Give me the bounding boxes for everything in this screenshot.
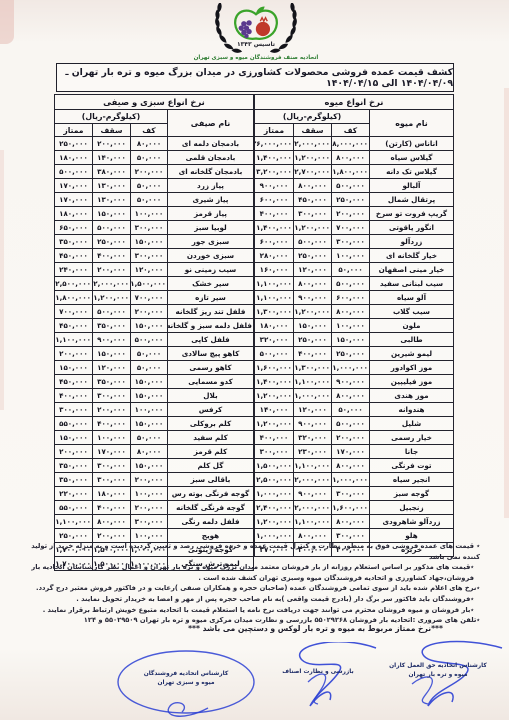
footnote: ٭فروشندگان باید فاکتور سر برگ دار (بادرج…	[28, 594, 480, 605]
ceiling-price-cell: ۳۵۰,۰۰۰	[92, 319, 130, 333]
ceiling-price-cell: ۵۰۰,۰۰۰	[92, 305, 130, 319]
product-name-cell: کلم سفید	[167, 431, 253, 445]
veg-price-table: نرخ انواع سبزی و صیفی نام صیفی (کیلوگرم-…	[54, 94, 254, 571]
ceiling-price-cell: ۵۰۰,۰۰۰	[92, 221, 130, 235]
fruit-unit-header: (کیلوگرم-ریال)	[254, 110, 369, 124]
logo-org-name: اتحادیه صنف فروشندگان میوه و سبزی تهران	[190, 55, 322, 61]
fruit-table-row: شلیل۵۰۰,۰۰۰۹۰۰,۰۰۰۱,۲۰۰,۰۰۰	[254, 417, 453, 431]
footnote: ٭قیمت های مذکور بر اساس استعلام روزانه ا…	[28, 562, 480, 583]
ceiling-price-cell: ۸۰۰,۰۰۰	[294, 179, 332, 193]
premium-price-cell: ۷۰۰,۰۰۰	[54, 305, 92, 319]
veg-unit-header: (کیلوگرم-ریال)	[54, 110, 167, 124]
floor-price-cell: ۱۵۰,۰۰۰	[130, 375, 167, 389]
ceiling-price-cell: ۳۰۰,۰۰۰	[92, 473, 130, 487]
signature-left-stamp: کارشناس اتحادیه فروشندگان میوه و سبزی ته…	[112, 646, 260, 718]
floor-price-cell: ۶۰۰,۰۰۰	[332, 291, 370, 305]
ceiling-price-cell: ۲۵۰,۰۰۰	[294, 333, 332, 347]
floor-price-cell: ۵۰,۰۰۰	[130, 179, 167, 193]
signature-left-label-2: میوه و سبزی تهران	[112, 679, 260, 688]
ceiling-price-cell: ۲۰۰,۰۰۰	[92, 263, 130, 277]
veg-table-row: کاهو پیچ سالادی۵۰,۰۰۰۱۵۰,۰۰۰۲۰۰,۰۰۰	[54, 347, 253, 361]
product-name-cell: جانا	[370, 445, 454, 459]
floor-price-cell: ۳۰۰,۰۰۰	[130, 249, 167, 263]
floor-price-cell: ۲۰۰,۰۰۰	[332, 207, 370, 221]
product-name-cell: گوجه سبز	[370, 487, 454, 501]
ceiling-price-cell: ۱۵۰,۰۰۰	[92, 347, 130, 361]
premium-price-cell: ۱,۱۰۰,۰۰۰	[54, 333, 92, 347]
premium-price-cell: ۹۰۰,۰۰۰	[254, 179, 293, 193]
premium-price-cell: ۴۵۰,۰۰۰	[54, 319, 92, 333]
premium-price-cell: ۱۵۰,۰۰۰	[54, 361, 92, 375]
product-name-cell: فلفل کاپی	[167, 333, 253, 347]
floor-price-cell: ۲۰۰,۰۰۰	[130, 473, 167, 487]
premium-price-cell: ۱۵۰,۰۰۰	[54, 431, 92, 445]
ceiling-price-cell: ۳۸۰,۰۰۰	[92, 165, 130, 179]
veg-table-row: پیاز قرمز۱۰۰,۰۰۰۱۵۰,۰۰۰۱۸۰,۰۰۰	[54, 207, 253, 221]
product-name-cell: لیمو شیرین	[370, 347, 454, 361]
product-name-cell: سیب زمینی نو	[167, 263, 253, 277]
floor-price-cell: ۱,۶۰۰,۰۰۰	[332, 501, 370, 515]
premium-price-cell: ۱,۳۰۰,۰۰۰	[254, 305, 293, 319]
premium-price-cell: ۱,۴۰۰,۰۰۰	[254, 375, 293, 389]
floor-price-cell: ۸۰۰,۰۰۰	[332, 515, 370, 529]
veg-table-row: فلفل کاپی۵۰۰,۰۰۰۹۰۰,۰۰۰۱,۱۰۰,۰۰۰	[54, 333, 253, 347]
product-name-cell: موز فیلیپین	[370, 375, 454, 389]
ceiling-price-cell: ۳۰۰,۰۰۰	[92, 459, 130, 473]
premium-price-cell: ۵۵۰,۰۰۰	[54, 417, 92, 431]
floor-price-cell: ۲۰۰,۰۰۰	[332, 431, 370, 445]
org-logo: تاسیس ۱۳۴۳ اتحادیه صنف فروشندگان میوه و …	[190, 3, 322, 65]
product-name-cell: گیلاس سیاه	[370, 151, 454, 165]
product-name-cell: آلبالو	[370, 179, 454, 193]
floor-price-cell: ۳۰۰,۰۰۰	[130, 515, 167, 529]
premium-price-cell: ۱۷۰,۰۰۰	[54, 193, 92, 207]
veg-table-row: فلفل دلمه رنگی۳۰۰,۰۰۰۸۰۰,۰۰۰۱,۱۰۰,۰۰۰	[54, 515, 253, 529]
fruit-table-row: موز هندی۸۰۰,۰۰۰۱,۰۰۰,۰۰۰۱,۲۰۰,۰۰۰	[254, 389, 453, 403]
product-name-cell: زنجبیل	[370, 501, 454, 515]
ceiling-price-cell: ۹۰۰,۰۰۰	[294, 417, 332, 431]
product-name-cell: کدو مسمایی	[167, 375, 253, 389]
floor-price-cell: ۸۰۰,۰۰۰	[332, 151, 370, 165]
footnote: ٭ قیمت های عمده فروشی فوق به منظور نظارت…	[28, 541, 480, 562]
signature-right-label-2: میوه و تره بار تهران	[372, 671, 504, 680]
floor-price-cell: ۵۰,۰۰۰	[130, 151, 167, 165]
ceiling-price-cell: ۱۲۰,۰۰۰	[294, 263, 332, 277]
floor-price-cell: ۱۵۰,۰۰۰	[332, 333, 370, 347]
fruit-table-row: زنجبیل۱,۶۰۰,۰۰۰۲,۰۰۰,۰۰۰۲,۴۰۰,۰۰۰	[254, 501, 453, 515]
ceiling-price-cell: ۳۰۰,۰۰۰	[294, 207, 332, 221]
product-name-cell: گریپ فروت تو سرخ	[370, 207, 454, 221]
veg-floor-header: کف	[130, 124, 167, 137]
floor-price-cell: ۵۰,۰۰۰	[130, 193, 167, 207]
premium-price-cell: ۳۵۰,۰۰۰	[54, 459, 92, 473]
floor-price-cell: ۲۰۰,۰۰۰	[130, 305, 167, 319]
veg-table-row: پیاز شیری۵۰,۰۰۰۱۳۰,۰۰۰۱۷۰,۰۰۰	[54, 193, 253, 207]
fruit-table-row: خیار رسمی۲۰۰,۰۰۰۳۲۰,۰۰۰۴۰۰,۰۰۰	[254, 431, 453, 445]
veg-table-row: سبزی خوردن۳۰۰,۰۰۰۴۰۰,۰۰۰۴۵۰,۰۰۰	[54, 249, 253, 263]
fruit-table-row: موز اکوادور۱,۰۰۰,۰۰۰۱,۳۰۰,۰۰۰۱,۶۰۰,۰۰۰	[254, 361, 453, 375]
premium-price-cell: ۱۸۰,۰۰۰	[54, 207, 92, 221]
product-name-cell: موز اکوادور	[370, 361, 454, 375]
product-name-cell: گیلاس تک دانه	[370, 165, 454, 179]
product-name-cell: کلم بروکلی	[167, 417, 253, 431]
product-name-cell: زردآلو	[370, 235, 454, 249]
fruit-table-row: طالبی۱۵۰,۰۰۰۲۵۰,۰۰۰۳۲۰,۰۰۰	[254, 333, 453, 347]
veg-table-row: فلفل دلمه سبز و گلخانه۱۵۰,۰۰۰۳۵۰,۰۰۰۴۵۰,…	[54, 319, 253, 333]
product-name-cell: فلفل تند ریز گلخانه	[167, 305, 253, 319]
premium-price-cell: ۱,۲۰۰,۰۰۰	[254, 417, 293, 431]
premium-price-cell: ۳,۲۰۰,۰۰۰	[254, 165, 293, 179]
premium-price-cell: ۴۰۰,۰۰۰	[254, 207, 293, 221]
ceiling-price-cell: ۲,۷۰۰,۰۰۰	[294, 165, 332, 179]
premium-price-cell: ۱,۲۰۰,۰۰۰	[254, 389, 293, 403]
veg-table-row: بادمجان گلخانه ای۲۰۰,۰۰۰۳۸۰,۰۰۰۵۰۰,۰۰۰	[54, 165, 253, 179]
premium-price-cell: ۴۵۰,۰۰۰	[54, 249, 92, 263]
product-name-cell: سبزی خوردن	[167, 249, 253, 263]
product-name-cell: فلفل دلمه سبز و گلخانه	[167, 319, 253, 333]
pomegranate-icon	[256, 18, 270, 36]
product-name-cell: کاهو رسمی	[167, 361, 253, 375]
ceiling-price-cell: ۲۰۰,۰۰۰	[92, 403, 130, 417]
ceiling-price-cell: ۵۰۰,۰۰۰	[294, 235, 332, 249]
premium-price-cell: ۳۰۰,۰۰۰	[254, 445, 293, 459]
premium-price-cell: ۴۵۰,۰۰۰	[54, 375, 92, 389]
product-name-cell: سیب لبنانی سفید	[370, 277, 454, 291]
premium-price-cell: ۲۴۰,۰۰۰	[54, 263, 92, 277]
signature-ink-middle	[258, 642, 378, 712]
floor-price-cell: ۱۵۰,۰۰۰	[130, 389, 167, 403]
fruit-table-row: خیار گلخانه ای۱۰۰,۰۰۰۲۵۰,۰۰۰۲۸۰,۰۰۰	[254, 249, 453, 263]
product-name-cell: بلال	[167, 389, 253, 403]
product-name-cell: کلم قرمز	[167, 445, 253, 459]
ceiling-price-cell: ۱۴۰,۰۰۰	[92, 151, 130, 165]
product-name-cell: خیار مینی اصفهان	[370, 263, 454, 277]
ceiling-price-cell: ۱۷۰,۰۰۰	[92, 445, 130, 459]
premium-price-cell: ۱۸۰,۰۰۰	[254, 319, 293, 333]
ceiling-price-cell: ۴۰۰,۰۰۰	[294, 347, 332, 361]
ceiling-price-cell: ۹۰۰,۰۰۰	[294, 291, 332, 305]
premium-price-cell: ۲۸۰,۰۰۰	[254, 249, 293, 263]
floor-price-cell: ۵۰,۰۰۰	[130, 361, 167, 375]
floor-price-cell: ۵۰,۰۰۰	[130, 431, 167, 445]
ceiling-price-cell: ۹۰۰,۰۰۰	[92, 333, 130, 347]
premium-price-cell: ۲۰۰,۰۰۰	[54, 445, 92, 459]
product-name-cell: سیر تازه	[167, 291, 253, 305]
apple-icon	[235, 6, 277, 38]
ceiling-price-cell: ۱۳۰,۰۰۰	[92, 193, 130, 207]
floor-price-cell: ۱۰۰,۰۰۰	[130, 487, 167, 501]
product-name-cell: بادمجان گلخانه ای	[167, 165, 253, 179]
floor-price-cell: ۲۵۰,۰۰۰	[332, 347, 370, 361]
fruit-table-row: زردآلو شاهرودی۸۰۰,۰۰۰۱,۱۰۰,۰۰۰۱,۲۰۰,۰۰۰	[254, 515, 453, 529]
fruit-table-row: توت فرنگی۸۰۰,۰۰۰۱,۱۰۰,۰۰۰۱,۵۰۰,۰۰۰	[254, 459, 453, 473]
ceiling-price-cell: ۸۰۰,۰۰۰	[92, 515, 130, 529]
floor-price-cell: ۱۵۰,۰۰۰	[130, 235, 167, 249]
product-name-cell: کاهو پیچ سالادی	[167, 347, 253, 361]
product-name-cell: سیر خشک	[167, 277, 253, 291]
floor-price-cell: ۱۰۰,۰۰۰	[332, 319, 370, 333]
product-name-cell: انجیر سیاه	[370, 473, 454, 487]
fruit-table-row: آلبالو۵۰۰,۰۰۰۸۰۰,۰۰۰۹۰۰,۰۰۰	[254, 179, 453, 193]
premium-price-cell: ۵۰۰,۰۰۰	[254, 347, 293, 361]
floor-price-cell: ۸۰,۰۰۰	[130, 445, 167, 459]
scan-artifact	[0, 0, 14, 44]
veg-section-header: نرخ انواع سبزی و صیفی	[54, 95, 253, 110]
premium-price-cell: ۱,۱۰۰,۰۰۰	[54, 515, 92, 529]
ceiling-price-cell: ۲,۰۰۰,۰۰۰	[294, 501, 332, 515]
floor-price-cell: ۵۰,۰۰۰	[332, 263, 370, 277]
ceiling-price-cell: ۲۳۰,۰۰۰	[294, 445, 332, 459]
veg-table-row: کدو مسمایی۱۵۰,۰۰۰۳۵۰,۰۰۰۴۵۰,۰۰۰	[54, 375, 253, 389]
fruit-table-row: زردآلو۳۰۰,۰۰۰۵۰۰,۰۰۰۶۰۰,۰۰۰	[254, 235, 453, 249]
fruit-table-row: انگور یاقوتی۷۰۰,۰۰۰۱,۲۰۰,۰۰۰۱,۴۰۰,۰۰۰	[254, 221, 453, 235]
veg-name-header: نام صیفی	[167, 110, 253, 137]
fruit-floor-header: کف	[332, 124, 370, 137]
premium-price-cell: ۱,۲۰۰,۰۰۰	[254, 515, 293, 529]
fruit-table-row: آلو سیاه۶۰۰,۰۰۰۹۰۰,۰۰۰۱,۱۰۰,۰۰۰	[254, 291, 453, 305]
ceiling-price-cell: ۱۲۰,۰۰۰	[92, 361, 130, 375]
premium-price-cell: ۱۷۰,۰۰۰	[54, 179, 92, 193]
product-name-cell: لوبیا سبز	[167, 221, 253, 235]
product-name-cell: بادمجان دلمه ای	[167, 137, 253, 151]
signature-middle: بازرسی و نظارت اصناف	[258, 642, 378, 712]
product-name-cell: فلفل دلمه رنگی	[167, 515, 253, 529]
premium-price-cell: ۳۵۰,۰۰۰	[54, 473, 92, 487]
premium-price-cell: ۵۰۰,۰۰۰	[54, 165, 92, 179]
fruit-table-row: لیمو شیرین۲۵۰,۰۰۰۴۰۰,۰۰۰۵۰۰,۰۰۰	[254, 347, 453, 361]
floor-price-cell: ۵۰۰,۰۰۰	[332, 179, 370, 193]
ceiling-price-cell: ۴۰۰,۰۰۰	[92, 249, 130, 263]
product-name-cell: پرتقال شمال	[370, 193, 454, 207]
premium-price-cell: ۳۵۰,۰۰۰	[54, 235, 92, 249]
floor-price-cell: ۱۰۰,۰۰۰	[332, 249, 370, 263]
premium-grade-note: ***نرخ ممتاز مربوط به میوه و تره بار لوک…	[188, 624, 443, 633]
product-name-cell: ملون	[370, 319, 454, 333]
floor-price-cell: ۱,۸۰۰,۰۰۰	[332, 165, 370, 179]
floor-price-cell: ۳۰۰,۰۰۰	[332, 235, 370, 249]
veg-table-row: کلم بروکلی۱۵۰,۰۰۰۴۰۰,۰۰۰۵۵۰,۰۰۰	[54, 417, 253, 431]
premium-price-cell: ۳۰۰,۰۰۰	[54, 403, 92, 417]
ceiling-price-cell: ۹۰۰,۰۰۰	[294, 487, 332, 501]
premium-price-cell: ۱,۶۰۰,۰۰۰	[254, 361, 293, 375]
veg-table-row: فلفل تند ریز گلخانه۲۰۰,۰۰۰۵۰۰,۰۰۰۷۰۰,۰۰۰	[54, 305, 253, 319]
product-name-cell: بادمجان قلمی	[167, 151, 253, 165]
premium-price-cell: ۱,۸۰۰,۰۰۰	[54, 291, 92, 305]
floor-price-cell: ۳۰۰,۰۰۰	[130, 221, 167, 235]
ceiling-price-cell: ۱۳۰,۰۰۰	[92, 179, 130, 193]
premium-price-cell: ۲۵۰,۰۰۰	[54, 137, 92, 151]
fruit-name-header: نام میوه	[370, 110, 454, 137]
floor-price-cell: ۱,۰۰۰,۰۰۰	[332, 361, 370, 375]
footnote: ٭بار فروشان و میوه فروشان محترم می توانن…	[28, 605, 480, 616]
ceiling-price-cell: ۱۲۰,۰۰۰	[294, 403, 332, 417]
product-name-cell: سبزی جور	[167, 235, 253, 249]
product-name-cell: گوجه فرنگی بوته رس	[167, 487, 253, 501]
price-tables: نرخ انواع میوه نام میوه (کیلوگرم-ریال) ک…	[56, 94, 454, 571]
premium-price-cell: ۶۵۰,۰۰۰	[54, 221, 92, 235]
premium-price-cell: ۵۵۰,۰۰۰	[54, 501, 92, 515]
product-name-cell: پیاز شیری	[167, 193, 253, 207]
veg-table-row: باقالی سبز۲۰۰,۰۰۰۳۰۰,۰۰۰۳۵۰,۰۰۰	[54, 473, 253, 487]
product-name-cell: شلیل	[370, 417, 454, 431]
premium-price-cell: ۱,۱۰۰,۰۰۰	[254, 277, 293, 291]
ceiling-price-cell: ۳۲۰,۰۰۰	[294, 431, 332, 445]
floor-price-cell: ۱,۵۰۰,۰۰۰	[130, 277, 167, 291]
fruit-table-row: موز فیلیپین۹۰۰,۰۰۰۱,۱۰۰,۰۰۰۱,۴۰۰,۰۰۰	[254, 375, 453, 389]
scan-artifact	[504, 88, 509, 518]
floor-price-cell: ۷۰۰,۰۰۰	[332, 221, 370, 235]
logo-established-text: تاسیس ۱۳۴۳	[190, 41, 322, 48]
ceiling-price-cell: ۲۲,۰۰۰,۰۰۰	[294, 137, 332, 151]
product-name-cell: طالبی	[370, 333, 454, 347]
premium-price-cell: ۱,۱۰۰,۰۰۰	[254, 291, 293, 305]
premium-price-cell: ۲,۵۰۰,۰۰۰	[54, 277, 92, 291]
floor-price-cell: ۷۰۰,۰۰۰	[130, 291, 167, 305]
product-name-cell: خیار گلخانه ای	[370, 249, 454, 263]
veg-table-row: سیر خشک۱,۵۰۰,۰۰۰۲,۰۰۰,۰۰۰۲,۵۰۰,۰۰۰	[54, 277, 253, 291]
ceiling-price-cell: ۱۰۰,۰۰۰	[92, 431, 130, 445]
veg-table-row: کلم قرمز۸۰,۰۰۰۱۷۰,۰۰۰۲۰۰,۰۰۰	[54, 445, 253, 459]
fruit-table-row: گریپ فروت تو سرخ۲۰۰,۰۰۰۳۰۰,۰۰۰۴۰۰,۰۰۰	[254, 207, 453, 221]
ceiling-price-cell: ۱,۱۰۰,۰۰۰	[294, 515, 332, 529]
premium-price-cell: ۱۶۰,۰۰۰	[254, 263, 293, 277]
premium-price-cell: ۲۲۰,۰۰۰	[54, 487, 92, 501]
product-name-cell: هندوانه	[370, 403, 454, 417]
fruit-price-table: نرخ انواع میوه نام میوه (کیلوگرم-ریال) ک…	[254, 94, 454, 557]
premium-price-cell: ۱,۵۰۰,۰۰۰	[254, 459, 293, 473]
ceiling-price-cell: ۴۰۰,۰۰۰	[92, 417, 130, 431]
ceiling-price-cell: ۲۰۰,۰۰۰	[92, 137, 130, 151]
premium-price-cell: ۱۴۰,۰۰۰	[254, 403, 293, 417]
veg-table-row: گوجه فرنگی گلخانه۲۰۰,۰۰۰۴۰۰,۰۰۰۵۵۰,۰۰۰	[54, 501, 253, 515]
ceiling-price-cell: ۲۵۰,۰۰۰	[294, 249, 332, 263]
veg-table-row: بادمجان دلمه ای۸۰,۰۰۰۲۰۰,۰۰۰۲۵۰,۰۰۰	[54, 137, 253, 151]
premium-price-cell: ۴۰۰,۰۰۰	[254, 431, 293, 445]
floor-price-cell: ۱۸,۰۰۰,۰۰۰	[332, 137, 370, 151]
ceiling-price-cell: ۴۵۰,۰۰۰	[294, 193, 332, 207]
product-name-cell: باقالی سبز	[167, 473, 253, 487]
product-name-cell: کرفس	[167, 403, 253, 417]
fruit-section-header: نرخ انواع میوه	[254, 95, 453, 110]
floor-price-cell: ۵۰,۰۰۰	[130, 347, 167, 361]
premium-price-cell: ۶۰۰,۰۰۰	[254, 193, 293, 207]
fruit-table-row: ملون۱۰۰,۰۰۰۱۵۰,۰۰۰۱۸۰,۰۰۰	[254, 319, 453, 333]
veg-table-row: سیب زمینی نو۱۲۰,۰۰۰۲۰۰,۰۰۰۲۴۰,۰۰۰	[54, 263, 253, 277]
product-name-cell: انگور یاقوتی	[370, 221, 454, 235]
fruit-table-row: گیلاس تک دانه۱,۸۰۰,۰۰۰۲,۷۰۰,۰۰۰۳,۲۰۰,۰۰۰	[254, 165, 453, 179]
floor-price-cell: ۱۵۰,۰۰۰	[130, 319, 167, 333]
floor-price-cell: ۵۰۰,۰۰۰	[130, 333, 167, 347]
ceiling-price-cell: ۸۰۰,۰۰۰	[294, 277, 332, 291]
veg-table-row: کرفس۱۰۰,۰۰۰۲۰۰,۰۰۰۳۰۰,۰۰۰	[54, 403, 253, 417]
floor-price-cell: ۱۰۰,۰۰۰	[130, 207, 167, 221]
footnotes: ٭ قیمت های عمده فروشی فوق به منظور نظارت…	[28, 541, 480, 626]
floor-price-cell: ۱۵۰,۰۰۰	[130, 459, 167, 473]
ceiling-price-cell: ۱,۰۰۰,۰۰۰	[294, 389, 332, 403]
floor-price-cell: ۹۰۰,۰۰۰	[332, 375, 370, 389]
floor-price-cell: ۲۰۰,۰۰۰	[130, 501, 167, 515]
premium-price-cell: ۶۰۰,۰۰۰	[254, 235, 293, 249]
product-name-cell: گوجه فرنگی گلخانه	[167, 501, 253, 515]
veg-table-row: بلال۱۵۰,۰۰۰۳۰۰,۰۰۰۴۰۰,۰۰۰	[54, 389, 253, 403]
ceiling-price-cell: ۳۰۰,۰۰۰	[92, 389, 130, 403]
floor-price-cell: ۱۵۰,۰۰۰	[130, 417, 167, 431]
veg-ceiling-header: سقف	[92, 124, 130, 137]
fruit-table-row: سیب گلاب۸۰۰,۰۰۰۱,۲۰۰,۰۰۰۱,۳۰۰,۰۰۰	[254, 305, 453, 319]
veg-table-row: سیر تازه۷۰۰,۰۰۰۱,۲۰۰,۰۰۰۱,۸۰۰,۰۰۰	[54, 291, 253, 305]
fruit-table-row: پرتقال شمال۲۵۰,۰۰۰۴۵۰,۰۰۰۶۰۰,۰۰۰	[254, 193, 453, 207]
product-name-cell: زردآلو شاهرودی	[370, 515, 454, 529]
veg-table-row: کلم سفید۵۰,۰۰۰۱۰۰,۰۰۰۱۵۰,۰۰۰	[54, 431, 253, 445]
floor-price-cell: ۸۰۰,۰۰۰	[332, 459, 370, 473]
veg-premium-header: ممتاز	[54, 124, 92, 137]
veg-table-row: بادمجان قلمی۵۰,۰۰۰۱۴۰,۰۰۰۱۸۰,۰۰۰	[54, 151, 253, 165]
floor-price-cell: ۱۰۰,۰۰۰	[130, 403, 167, 417]
scanned-document: تاسیس ۱۳۴۳ اتحادیه صنف فروشندگان میوه و …	[0, 0, 509, 720]
signature-middle-label: بازرسی و نظارت اصناف	[258, 668, 378, 677]
ceiling-price-cell: ۱,۲۰۰,۰۰۰	[294, 151, 332, 165]
fruit-table-row: اناناس (کارتن)۱۸,۰۰۰,۰۰۰۲۲,۰۰۰,۰۰۰۲۶,۰۰۰…	[254, 137, 453, 151]
ceiling-price-cell: ۱,۲۰۰,۰۰۰	[294, 221, 332, 235]
ceiling-price-cell: ۱,۲۰۰,۰۰۰	[92, 291, 130, 305]
ceiling-price-cell: ۱۸۰,۰۰۰	[92, 487, 130, 501]
floor-price-cell: ۵۰۰,۰۰۰	[332, 417, 370, 431]
floor-price-cell: ۵۰,۰۰۰	[332, 403, 370, 417]
premium-price-cell: ۱,۴۰۰,۰۰۰	[254, 151, 293, 165]
floor-price-cell: ۸۰,۰۰۰	[130, 137, 167, 151]
footnote: ٭نرخ های اعلام شده باید از سوی تمامی فرو…	[28, 583, 480, 594]
document-title: کشف قیمت عمده فروشی محصولات کشاورزی در م…	[56, 63, 454, 92]
floor-price-cell: ۲۵۰,۰۰۰	[332, 193, 370, 207]
fruit-table-row: سیب لبنانی سفید۵۰۰,۰۰۰۸۰۰,۰۰۰۱,۱۰۰,۰۰۰	[254, 277, 453, 291]
premium-price-cell: ۲,۴۰۰,۰۰۰	[254, 501, 293, 515]
fruit-premium-header: ممتاز	[254, 124, 293, 137]
veg-table-row: لوبیا سبز۳۰۰,۰۰۰۵۰۰,۰۰۰۶۵۰,۰۰۰	[54, 221, 253, 235]
ceiling-price-cell: ۲,۰۰۰,۰۰۰	[92, 277, 130, 291]
ceiling-price-cell: ۱,۲۰۰,۰۰۰	[294, 305, 332, 319]
fruit-table-row: گیلاس سیاه۸۰۰,۰۰۰۱,۲۰۰,۰۰۰۱,۴۰۰,۰۰۰	[254, 151, 453, 165]
floor-price-cell: ۱,۰۰۰,۰۰۰	[332, 473, 370, 487]
floor-price-cell: ۳۰۰,۰۰۰	[332, 487, 370, 501]
signature-right: کارشناس اتحادیه حق العمل کاران میوه و تر…	[372, 640, 504, 714]
ceiling-price-cell: ۱,۱۰۰,۰۰۰	[294, 375, 332, 389]
premium-price-cell: ۴۰۰,۰۰۰	[54, 389, 92, 403]
product-name-cell: خیار رسمی	[370, 431, 454, 445]
product-name-cell: موز هندی	[370, 389, 454, 403]
fruit-ceiling-header: سقف	[294, 124, 332, 137]
fruit-table-row: خیار مینی اصفهان۵۰,۰۰۰۱۲۰,۰۰۰۱۶۰,۰۰۰	[254, 263, 453, 277]
scan-artifact	[0, 150, 4, 410]
product-name-cell: پیاز زرد	[167, 179, 253, 193]
ceiling-price-cell: ۲,۰۰۰,۰۰۰	[294, 473, 332, 487]
fruit-table-row: گوجه سبز۳۰۰,۰۰۰۹۰۰,۰۰۰۱,۰۰۰,۰۰۰	[254, 487, 453, 501]
ceiling-price-cell: ۱۵۰,۰۰۰	[92, 207, 130, 221]
premium-price-cell: ۳۲۰,۰۰۰	[254, 333, 293, 347]
ceiling-price-cell: ۲۵۰,۰۰۰	[92, 235, 130, 249]
veg-table-row: کاهو رسمی۵۰,۰۰۰۱۲۰,۰۰۰۱۵۰,۰۰۰	[54, 361, 253, 375]
ceiling-price-cell: ۱,۱۰۰,۰۰۰	[294, 459, 332, 473]
premium-price-cell: ۲۶,۰۰۰,۰۰۰	[254, 137, 293, 151]
product-name-cell: توت فرنگی	[370, 459, 454, 473]
veg-table-row: گوجه فرنگی بوته رس۱۰۰,۰۰۰۱۸۰,۰۰۰۲۲۰,۰۰۰	[54, 487, 253, 501]
product-name-cell: اناناس (کارتن)	[370, 137, 454, 151]
premium-price-cell: ۱,۴۰۰,۰۰۰	[254, 221, 293, 235]
ceiling-price-cell: ۱۵۰,۰۰۰	[294, 319, 332, 333]
veg-table-row: گل کلم۱۵۰,۰۰۰۳۰۰,۰۰۰۳۵۰,۰۰۰	[54, 459, 253, 473]
fruit-table-row: هندوانه۵۰,۰۰۰۱۲۰,۰۰۰۱۴۰,۰۰۰	[254, 403, 453, 417]
premium-price-cell: ۱,۰۰۰,۰۰۰	[254, 487, 293, 501]
product-name-cell: گل کلم	[167, 459, 253, 473]
